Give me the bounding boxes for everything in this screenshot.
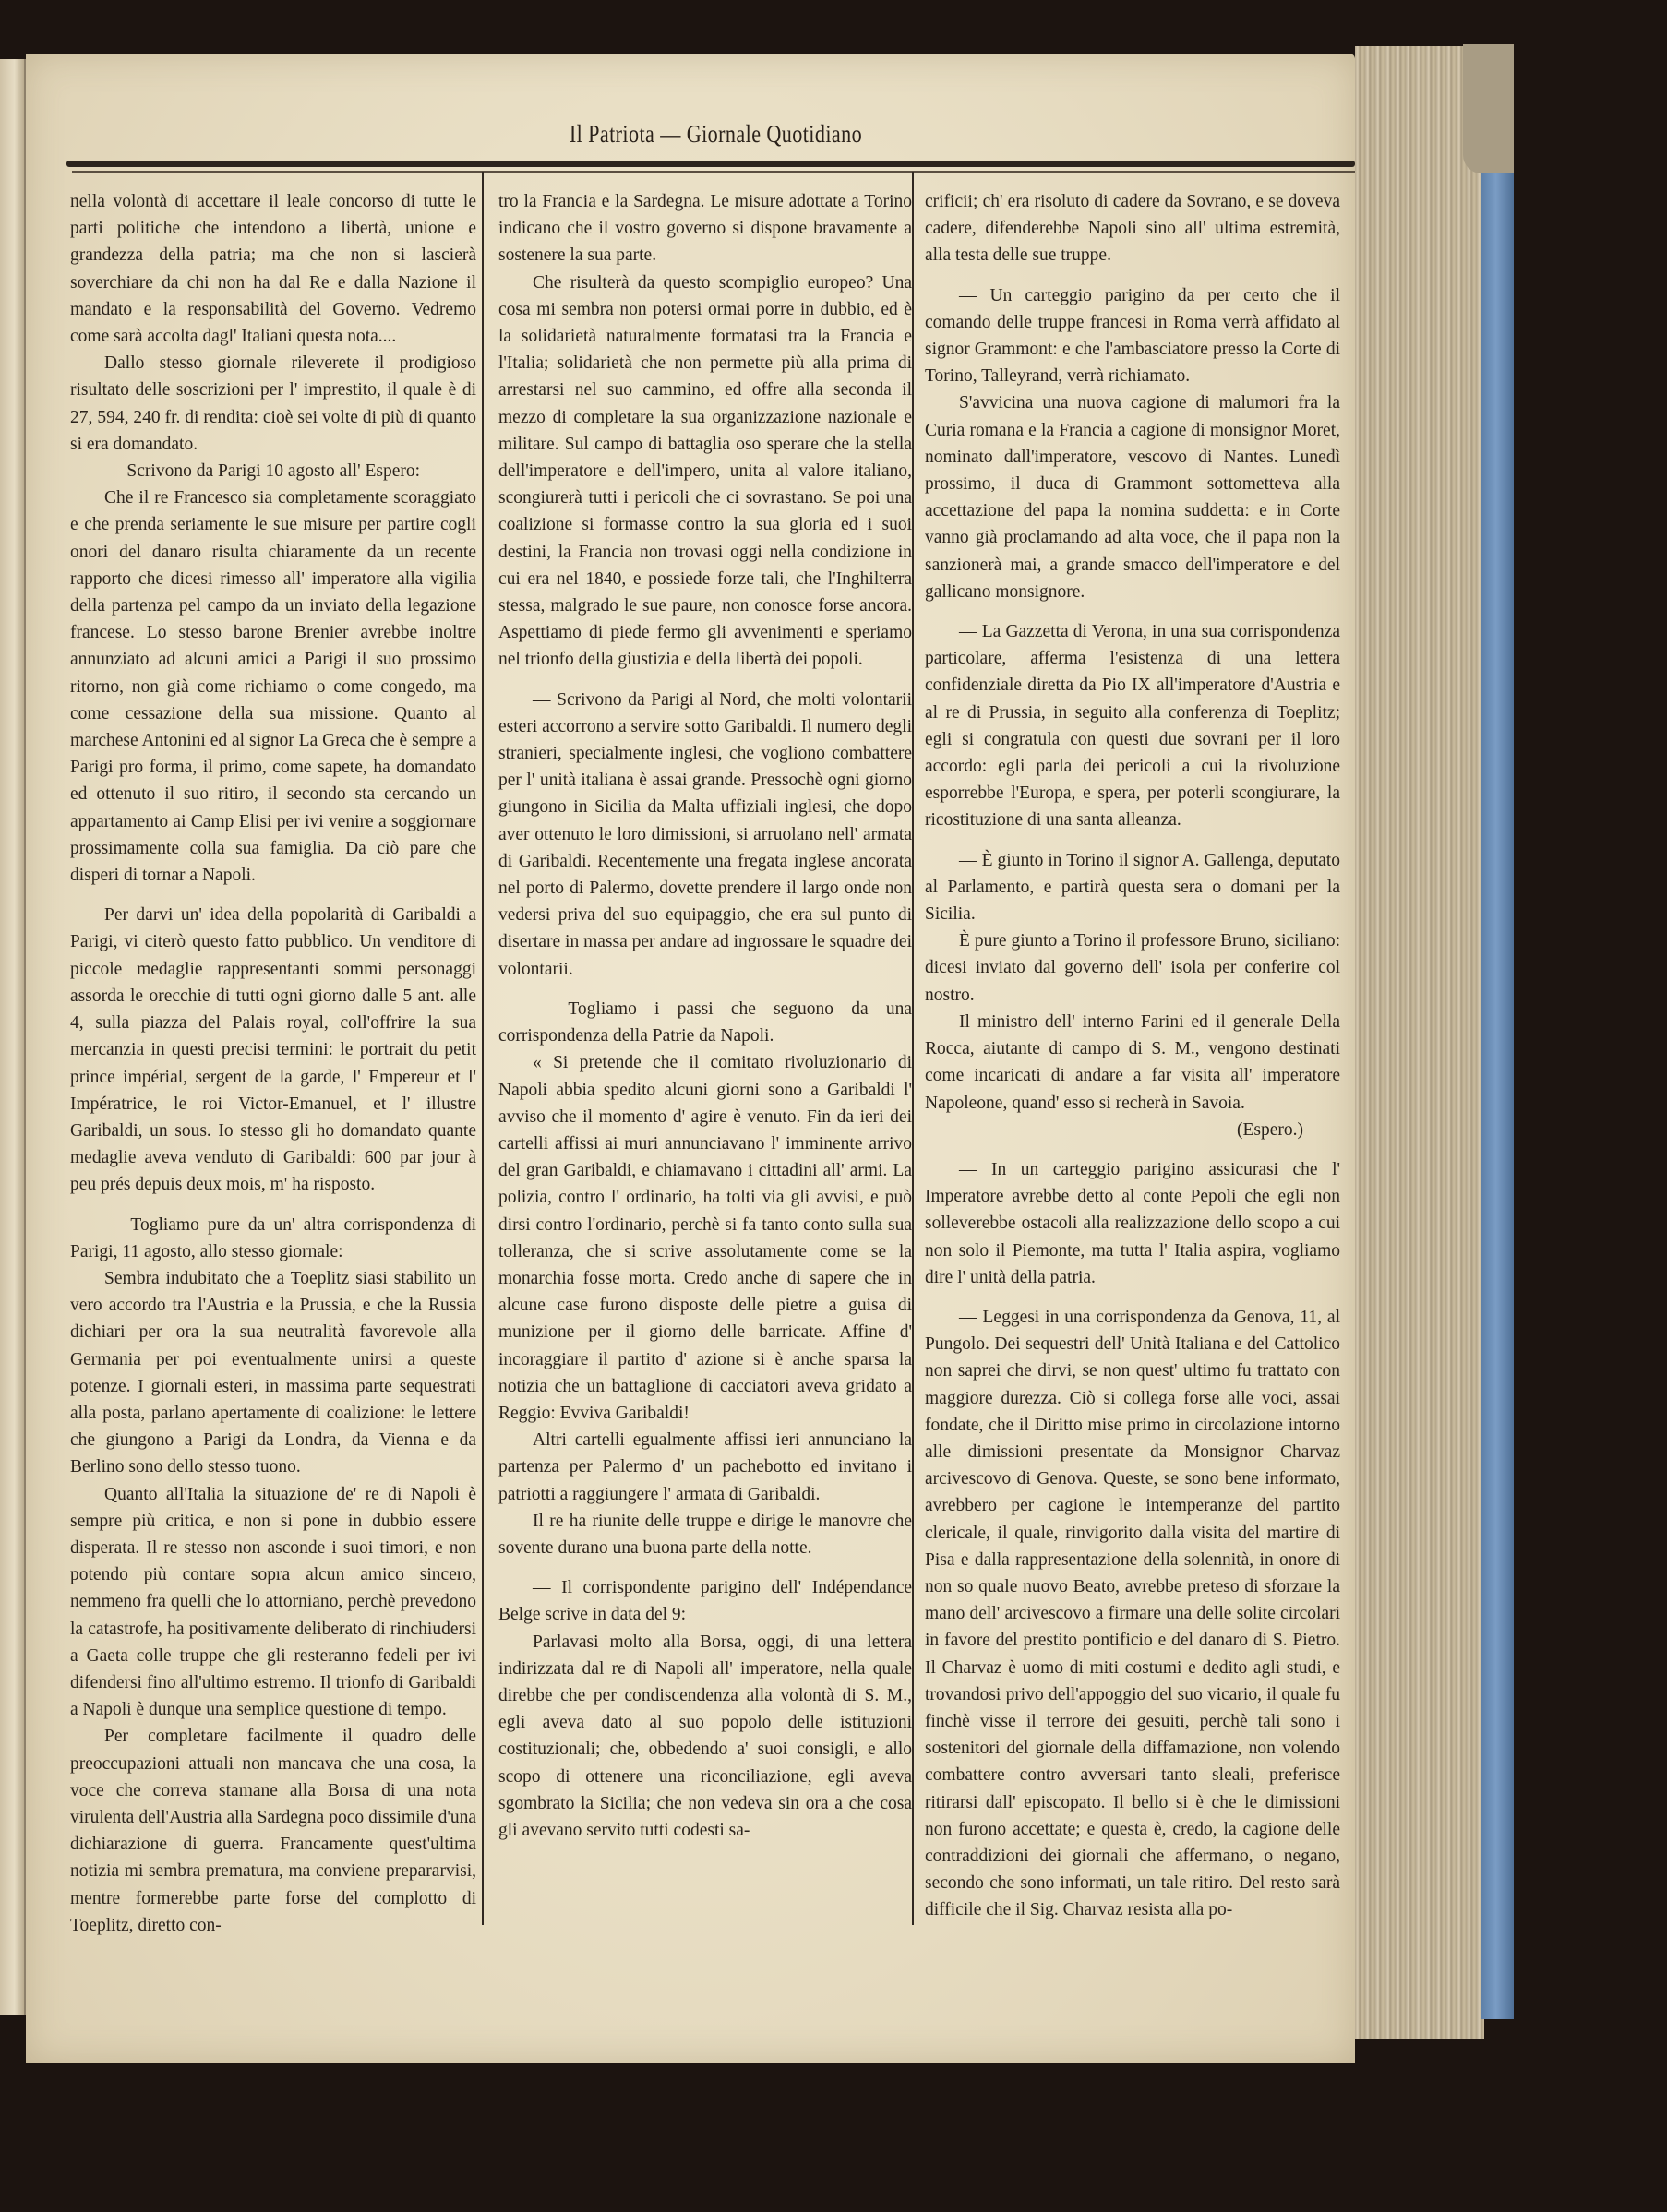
article-paragraph: Per completare facilmente il quadro dell… [70,1723,476,1939]
article-paragraph: Sembra indubitato che a Toeplitz siasi s… [70,1265,476,1481]
article-paragraph: Altri cartelli egualmente affissi ieri a… [498,1427,912,1508]
article-paragraph: (Espero.) [925,1117,1340,1143]
article-column-3: crificii; ch' era risoluto di cadere da … [925,188,1340,1924]
article-paragraph: — In un carteggio parigino assicurasi ch… [925,1156,1340,1291]
masthead-rule-thin [72,171,1355,173]
article-paragraph: Per darvi un' idea della popolarità di G… [70,902,476,1198]
article-paragraph: nella volontà di accettare il leale conc… [70,188,476,350]
book-cover-corner [1463,44,1514,173]
column-divider-1 [482,172,484,1925]
article-paragraph: — Leggesi in una corrispondenza da Genov… [925,1304,1340,1924]
article-paragraph: Dallo stesso giornale rileverete il prod… [70,350,476,458]
article-paragraph: S'avvicina una nuova cagione di malumori… [925,389,1340,605]
previous-page-edge [0,59,26,2015]
article-paragraph: Quanto all'Italia la situazione de' re d… [70,1481,476,1724]
article-paragraph: È pure giunto a Torino il professore Bru… [925,927,1340,1009]
article-column-1: nella volontà di accettare il leale conc… [70,188,476,1939]
article-paragraph: — La Gazzetta di Verona, in una sua corr… [925,618,1340,834]
book-cover-edge [1481,44,1514,2019]
book-page-edges [1355,46,1484,2039]
masthead-rule-thick [66,161,1355,167]
article-paragraph: « Si pretende che il comitato rivoluzion… [498,1049,912,1427]
article-paragraph: — Togliamo i passi che seguono da una co… [498,996,912,1049]
article-paragraph: — Un carteggio parigino da per certo che… [925,282,1340,390]
article-paragraph: tro la Francia e la Sardegna. Le misure … [498,188,912,269]
column-divider-2 [912,172,914,1925]
article-column-2: tro la Francia e la Sardegna. Le misure … [498,188,912,1844]
article-paragraph: Che il re Francesco sia completamente sc… [70,484,476,889]
masthead: Il Patriota — Giornale Quotidiano [78,120,1352,149]
article-paragraph: Che risulterà da questo scompiglio europ… [498,269,912,674]
article-paragraph: — Scrivono da Parigi 10 agosto all' Espe… [70,458,476,484]
article-paragraph: crificii; ch' era risoluto di cadere da … [925,188,1340,269]
article-paragraph: — Scrivono da Parigi al Nord, che molti … [498,687,912,983]
article-paragraph: Il ministro dell' interno Farini ed il g… [925,1009,1340,1117]
article-paragraph: Il re ha riunite delle truppe e dirige l… [498,1508,912,1561]
newspaper-title: Il Patriota — Giornale Quotidiano [569,120,861,149]
article-paragraph: — Il corrispondente parigino dell' Indép… [498,1574,912,1628]
article-paragraph: — Togliamo pure da un' altra corrisponde… [70,1212,476,1265]
article-paragraph: — È giunto in Torino il signor A. Gallen… [925,847,1340,928]
article-paragraph: Parlavasi molto alla Borsa, oggi, di una… [498,1629,912,1845]
